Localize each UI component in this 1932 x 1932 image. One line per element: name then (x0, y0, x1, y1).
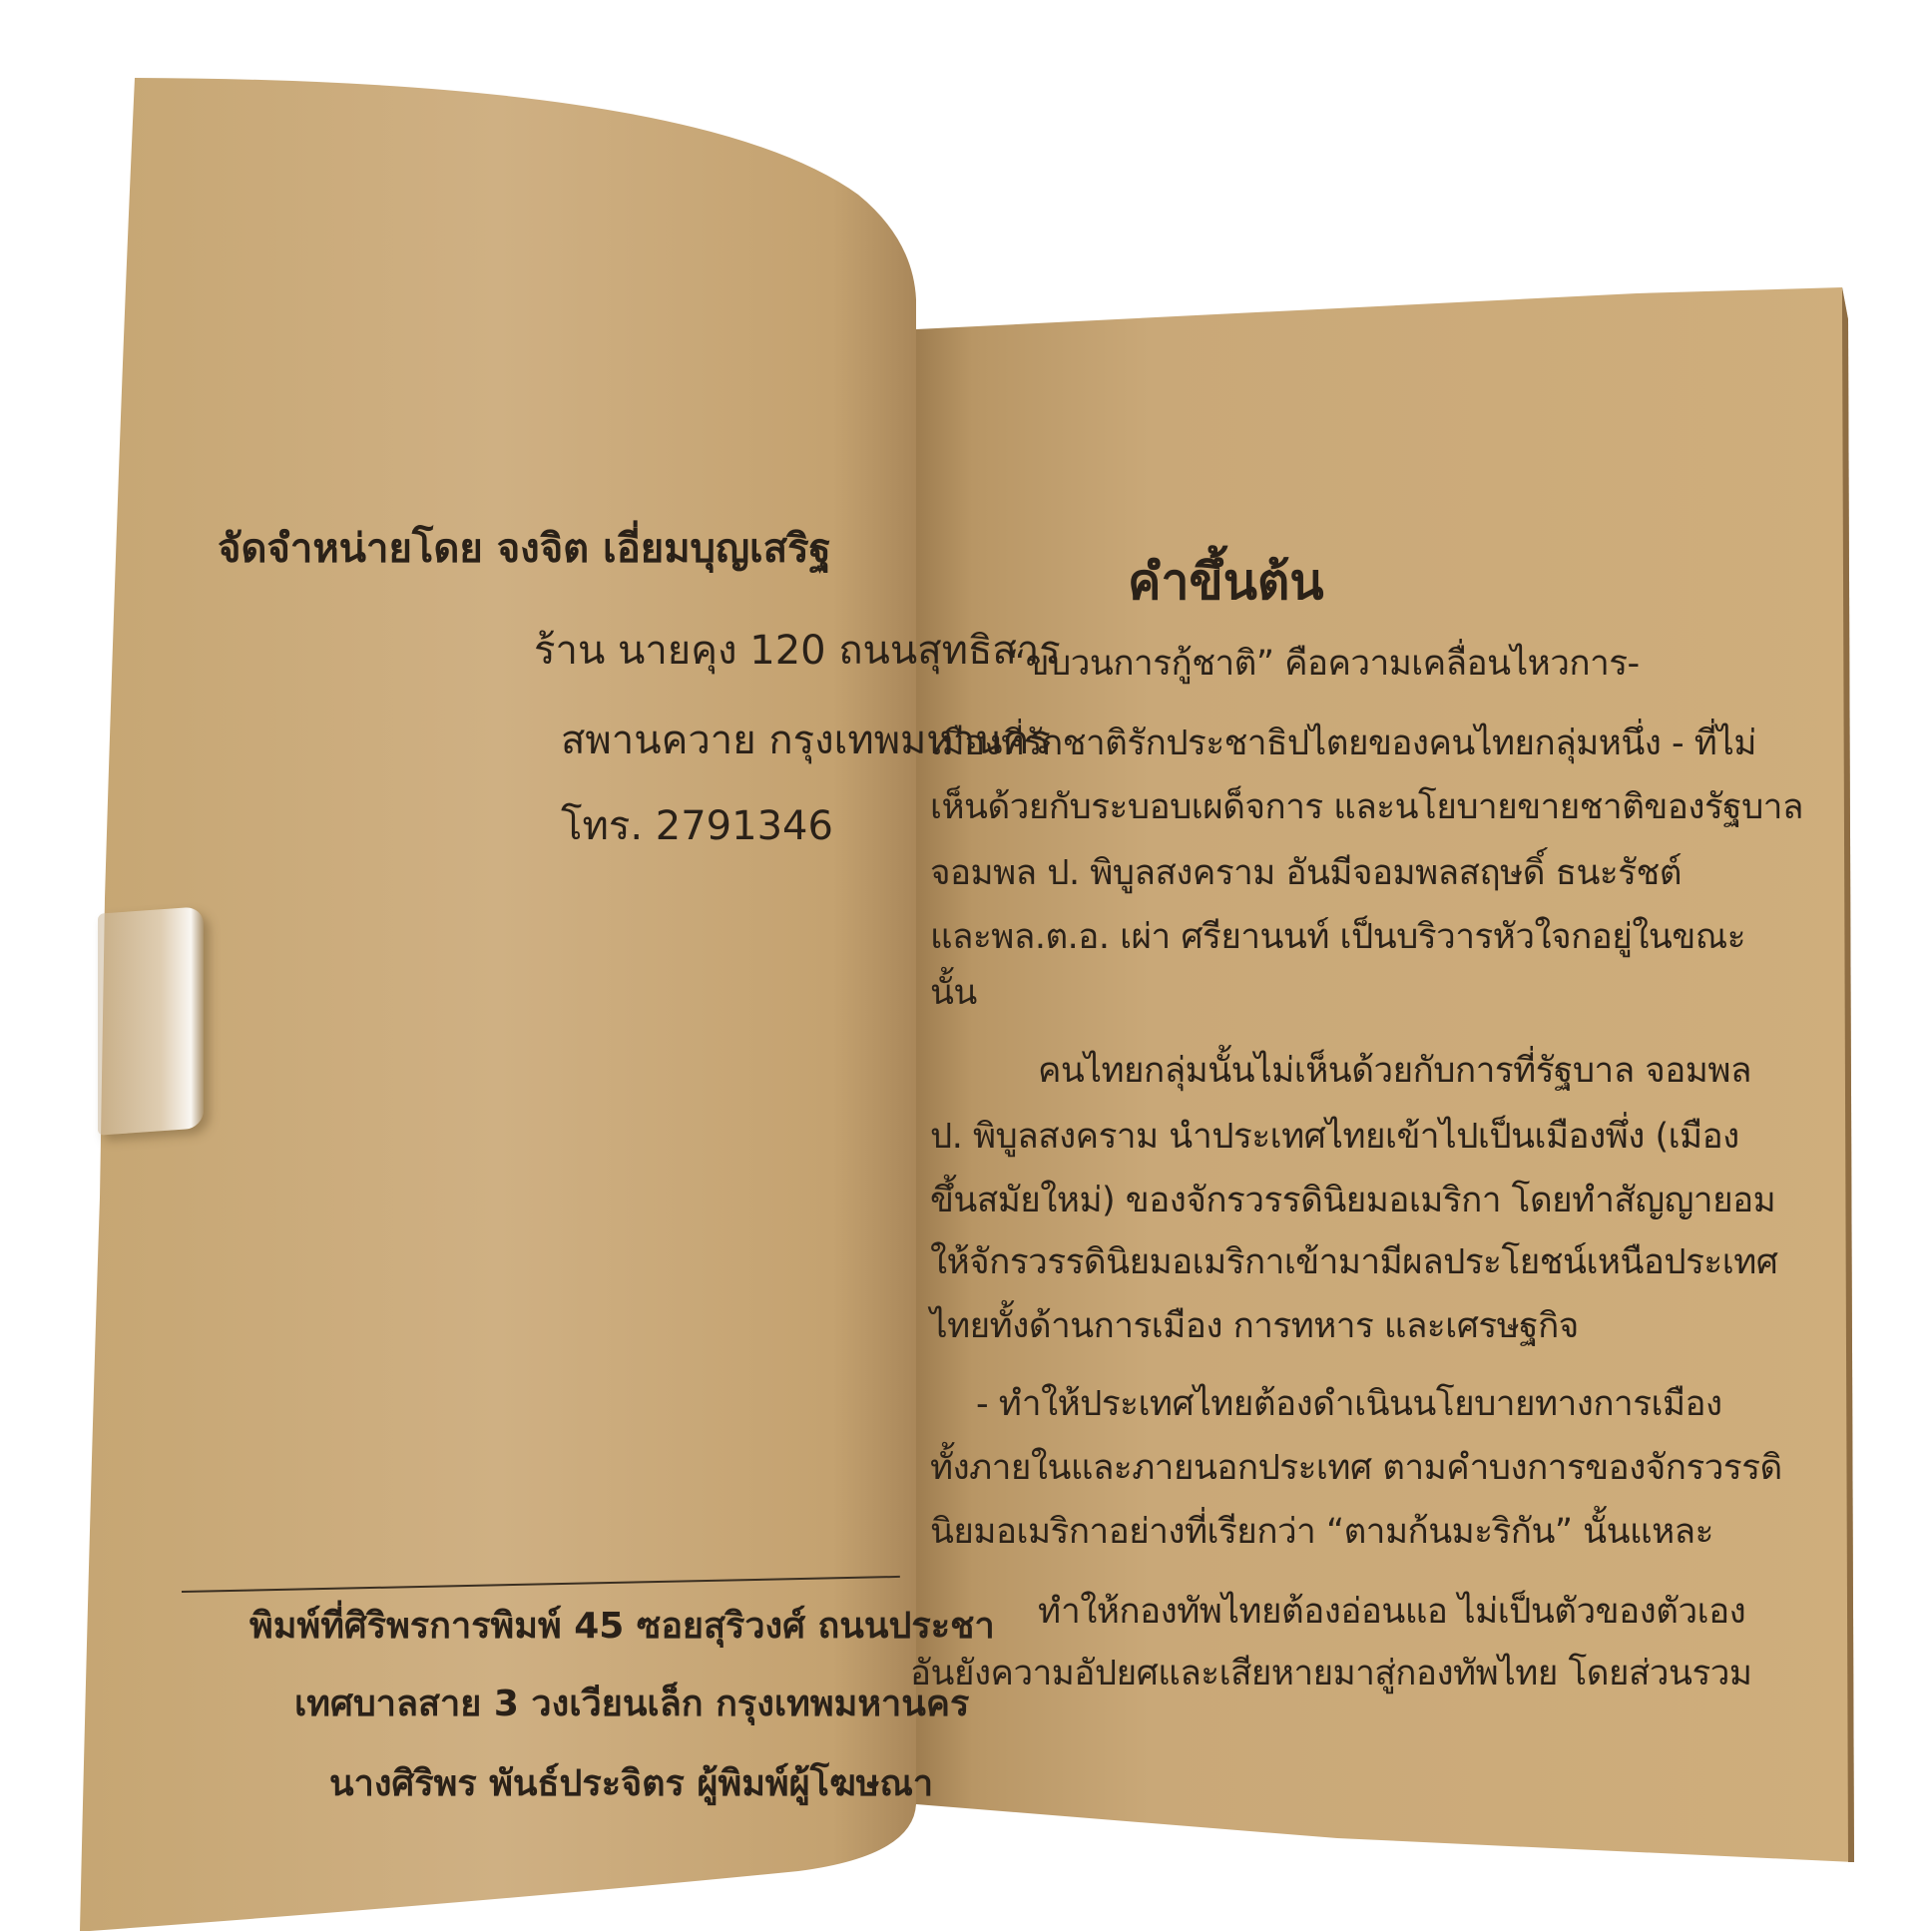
body-line: นั้น (930, 976, 977, 1011)
body-line: - ทำให้ประเทศไทยต้องดำเนินนโยบายทางการเม… (976, 1387, 1722, 1422)
body-line: นิยมอเมริกาอย่างที่เรียกว่า “ตามก้นมะริก… (930, 1515, 1713, 1550)
body-line: ขึ้นสมัยใหม่) ของจักรวรรดินิยมอเมริกา โด… (930, 1184, 1775, 1218)
body-line: ให้จักรวรรดินิยมอเมริกาเข้ามามีผลประโยชน… (930, 1245, 1777, 1280)
printer-line-1: พิมพ์ที่ศิริพรการพิมพ์ 45 ซอยสุริวงศ์ ถน… (249, 1609, 995, 1645)
body-line: ไทยทั้งด้านการเมือง การทหาร และเศรษฐกิจ (930, 1309, 1579, 1344)
distributor-phone: โทร. 2791346 (561, 806, 833, 846)
body-line: จอมพล ป. พิบูลสงคราม อันมีจอมพลสฤษดิ์ ธน… (930, 856, 1682, 891)
page-title: คำขึ้นต้น (1128, 557, 1324, 607)
body-line: “ขบวนการกู้ชาติ” คือความเคลื่อนไหวการ- (1008, 647, 1640, 682)
body-line: ทั้งภายในและภายนอกประเทศ ตามคำบงการของจั… (930, 1451, 1782, 1486)
distributor-line-1: จัดจำหน่ายโดย จงจิต เอี่ยมบุญเสริฐ (218, 529, 831, 569)
body-line: เมืองที่รักชาติรักประชาธิปไตยของคนไทยกลุ… (930, 726, 1756, 761)
body-line: และพล.ต.อ. เผ่า ศรียานนท์ เป็นบริวารหัวใ… (930, 920, 1745, 955)
body-line: ทำให้กองทัพไทยต้องอ่อนแอ ไม่เป็นตัวของตั… (1038, 1595, 1745, 1630)
body-line: อันยังความอัปยศและเสียหายมาสู่กองทัพไทย … (910, 1657, 1752, 1691)
printer-line-2: เทศบาลสาย 3 วงเวียนเล็ก กรุงเทพมหานคร (294, 1687, 969, 1722)
printer-line-3: นางศิริพร พันธ์ประจิตร ผู้พิมพ์ผู้โฆษณา (329, 1766, 933, 1802)
paper-clip (98, 906, 204, 1135)
body-line: เห็นด้วยกับระบอบเผด็จการ และนโยบายขายชาต… (930, 790, 1803, 825)
left-page (80, 78, 916, 1931)
body-line: ป. พิบูลสงคราม นำประเทศไทยเข้าไปเป็นเมือ… (930, 1120, 1739, 1155)
booklet-photo: จัดจำหน่ายโดย จงจิต เอี่ยมบุญเสริฐ ร้าน … (0, 0, 1932, 1932)
body-line: คนไทยกลุ่มนั้นไม่เห็นด้วยกับการที่รัฐบาล… (1038, 1054, 1751, 1089)
distributor-line-2: ร้าน นายคุง 120 ถนนสุทธิสาร (534, 631, 1061, 671)
